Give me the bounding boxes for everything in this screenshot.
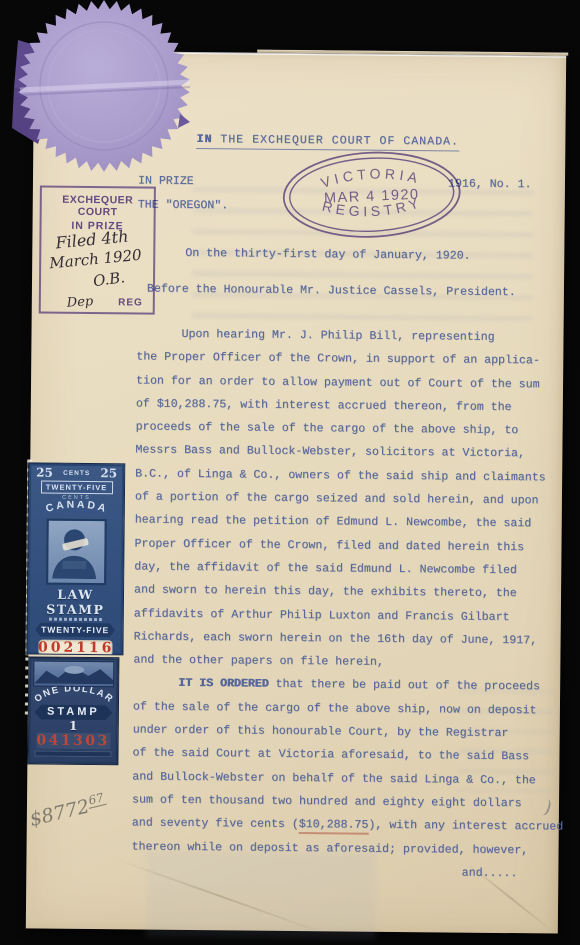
document-paper: IN THE EXCHEQUER COURT OF CANADA. IN PRI…	[26, 51, 566, 933]
stamp1-ribbon: STAMP	[34, 704, 112, 720]
body-line: of the said Court at Victoria aforesaid,…	[132, 742, 550, 769]
body-line: hearing read the petition of Edmund L. N…	[135, 509, 553, 536]
box-stamp-reg: REG	[118, 297, 143, 308]
body-line-pre: and seventy five cents (	[132, 817, 299, 832]
body-line-continuation: and.....	[131, 858, 549, 885]
ordered-phrase: IT IS ORDERED	[178, 677, 269, 691]
filed-box-stamp: EXCHEQUER COURT IN PRIZE Filed 4th March…	[39, 186, 156, 315]
stamp25-top-row: 25 CENTS 25	[29, 463, 124, 480]
handwriting-dep: Dep	[66, 294, 93, 311]
handwriting-initials: O.B.	[92, 268, 126, 290]
stamp25-value-left: 25	[36, 466, 53, 480]
svg-text:CANADA: CANADA	[44, 500, 109, 515]
pencil-dollars: $8772	[28, 795, 92, 830]
embossed-notarial-seal	[12, 0, 198, 181]
stamp25-ribbon: TWENTY-FIVE	[35, 623, 115, 638]
stamp25-law-stamp-label: LAW STAMP	[28, 586, 123, 617]
stamp25-cents-label: CENTS	[63, 469, 90, 476]
pencil-cents: 67	[86, 790, 106, 809]
stamp1-vignette	[33, 660, 114, 687]
pencil-amount-note: $877267	[27, 790, 108, 831]
revenue-stamp-1-dollar: ONE DOLLAR STAMP 1 041303	[27, 656, 119, 765]
order-text: Upon hearing Mr. J. Philip Bill, represe…	[131, 322, 554, 885]
stamp25-band: TWENTY-FIVE	[40, 481, 112, 495]
stamp1-serial-number: 041303	[36, 733, 110, 750]
revenue-stamp-25c: 25 CENTS 25 TWENTY-FIVE CENTS CANADA	[26, 462, 125, 655]
registry-oval-stamp: VICTORIA MAR 4 1920 REGISTRY	[274, 141, 470, 254]
stamp1-bottom-band	[34, 751, 111, 758]
stamp1-denomination: 1	[29, 719, 118, 733]
body-line: the Proper Officer of the Crown, in supp…	[136, 346, 554, 373]
portrait-uniform	[62, 561, 86, 569]
stamp25-country-arch: CANADA	[29, 500, 123, 519]
king-george-portrait	[46, 519, 107, 586]
body-line: thereon while on deposit as aforesaid; p…	[131, 835, 549, 862]
court-title-bold: IN	[196, 133, 212, 146]
body-line: and seventy five cents ($10,288.75), wit…	[132, 812, 550, 839]
stamp25-serial-number: 002116	[38, 640, 112, 656]
box-stamp-line1: EXCHEQUER COURT	[42, 194, 154, 219]
seal-ribbon-notch	[178, 114, 190, 128]
stamp25-value-right: 25	[100, 466, 117, 480]
stamp25-fine-print	[48, 618, 102, 622]
photo-background: IN THE EXCHEQUER COURT OF CANADA. IN PRI…	[0, 0, 580, 945]
body-line: and sworn to herein this day, the exhibi…	[134, 579, 552, 606]
underlined-amount: $10,288.75	[299, 818, 369, 835]
body-line-post: ), with any interest accrued	[368, 819, 563, 834]
body-line-rest: that there be paid out of the proceeds	[269, 678, 540, 694]
